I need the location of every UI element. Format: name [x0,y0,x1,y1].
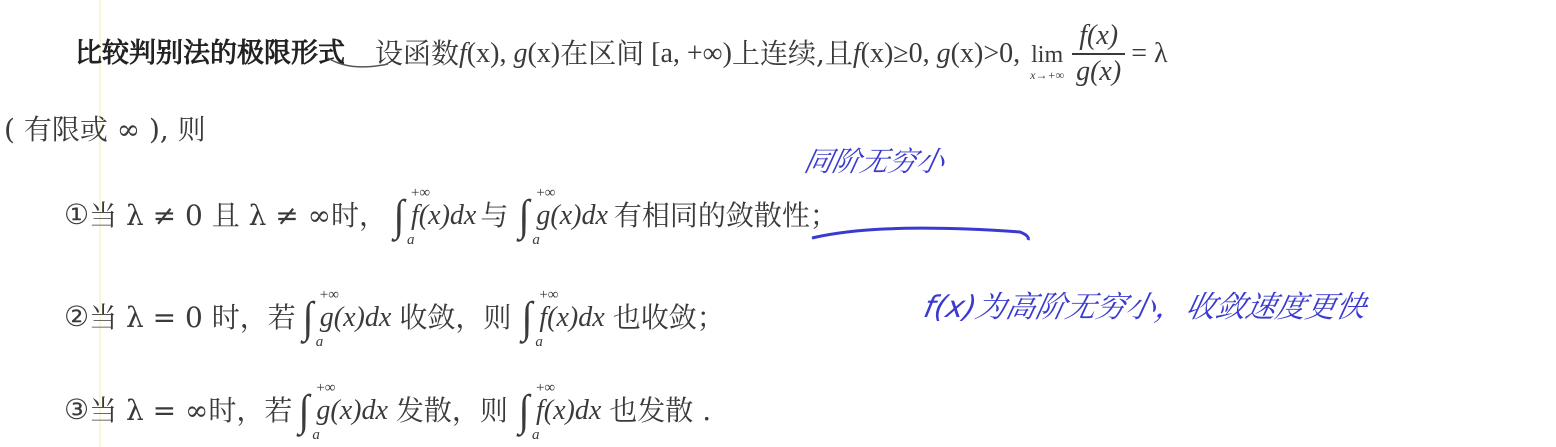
upper-limit: +∞ [536,381,555,396]
symbol-f: f [853,40,861,68]
connector-text: 发散，则 [396,397,508,425]
symbol-g: g [937,40,951,68]
lim-label: lim [1031,43,1063,67]
case-item-1: ① 当 λ ≠ 0 且 λ ≠ ∞时， ∫ +∞ a f(x)dx 与 ∫ +∞… [64,188,838,244]
case-conclusion: 也发散 . [609,397,711,425]
upper-limit: +∞ [539,288,558,303]
integral-sign: ∫ +∞ a [518,188,530,244]
upper-limit: +∞ [316,381,335,396]
fraction-bar [1072,53,1125,55]
ink-underline-stroke [812,228,1028,240]
integral-sign: ∫ +∞ a [302,290,314,346]
equals-lambda: = λ [1131,40,1167,68]
arg-x: (x) [861,40,894,68]
case-conclusion: 有相同的敛散性； [614,202,838,230]
integral-sign: ∫ +∞ a [518,383,530,439]
limit-operator: lim x→+∞ [1030,43,1064,81]
lower-limit: a [316,335,324,350]
integrand: f(x)dx [536,397,601,425]
symbol-g: g [513,40,527,68]
integral-sign: ∫ +∞ a [298,383,310,439]
lower-limit: a [535,335,543,350]
integrand: g(x)dx [316,397,388,425]
arg-x: (x) [951,40,984,68]
integrand: g(x)dx [536,202,608,230]
text-finite-or-infinity: ( 有限或 ∞ ), 则 [4,116,206,144]
comma: , [499,40,506,68]
handwritten-note-higher-order: f(x)为高阶无穷小，收敛速度更快 [920,282,1371,326]
upper-limit: +∞ [320,288,339,303]
case-item-3: ③ 当 λ = ∞时，若 ∫ +∞ a g(x)dx 发散，则 ∫ +∞ a f… [64,383,711,439]
definition-line-1: 比较判别法的极限形式 设函数 f(x), g(x) 在区间 [a, +∞) 上连… [75,22,1168,86]
integrand: g(x)dx [320,304,392,332]
definition-line-2: ( 有限或 ∞ ), 则 [4,116,206,144]
integrand: f(x)dx [411,202,476,230]
lim-subscript: x→+∞ [1030,69,1064,81]
text-continuous: 上连续,且 [732,40,853,68]
case-item-2: ② 当 λ = 0 时，若 ∫ +∞ a g(x)dx 收敛，则 ∫ +∞ a … [64,290,725,346]
handwritten-note-same-order: 同阶无穷小 [801,140,950,180]
integral-sign: ∫ +∞ a [521,290,533,346]
lower-limit: a [312,428,320,443]
condition-g-pos: >0, [983,40,1020,68]
lower-limit: a [407,233,415,248]
condition-f-nonneg: ≥0, [893,40,929,68]
symbol-f: f [459,40,467,68]
section-heading: 比较判别法的极限形式 [75,40,345,67]
circled-number-2: ② [64,304,89,332]
lower-limit: a [532,233,540,248]
text-intro: 设函数 [375,40,459,68]
connector-text: 收敛，则 [399,304,511,332]
case-condition: 当 λ ≠ 0 且 λ ≠ ∞时， [89,202,387,230]
lower-limit: a [532,428,540,443]
circled-number-1: ① [64,202,89,230]
fraction-denominator: g(x) [1072,58,1125,86]
integrand: f(x)dx [539,304,604,332]
circled-number-3: ③ [64,397,89,425]
case-condition: 当 λ = ∞时，若 [89,397,292,425]
text-in-interval: 在区间 [560,40,644,68]
upper-limit: +∞ [536,186,555,201]
case-conclusion: 也收敛； [613,304,725,332]
fraction-f-over-g: f(x) g(x) [1072,22,1125,86]
arg-x: (x) [527,40,560,68]
case-condition: 当 λ = 0 时，若 [89,304,296,332]
upper-limit: +∞ [411,186,430,201]
fraction-numerator: f(x) [1075,22,1122,50]
arg-x: (x) [467,40,500,68]
interval: [a, +∞) [651,40,732,68]
connector-text: 与 [480,202,508,230]
integral-sign: ∫ +∞ a [393,188,405,244]
